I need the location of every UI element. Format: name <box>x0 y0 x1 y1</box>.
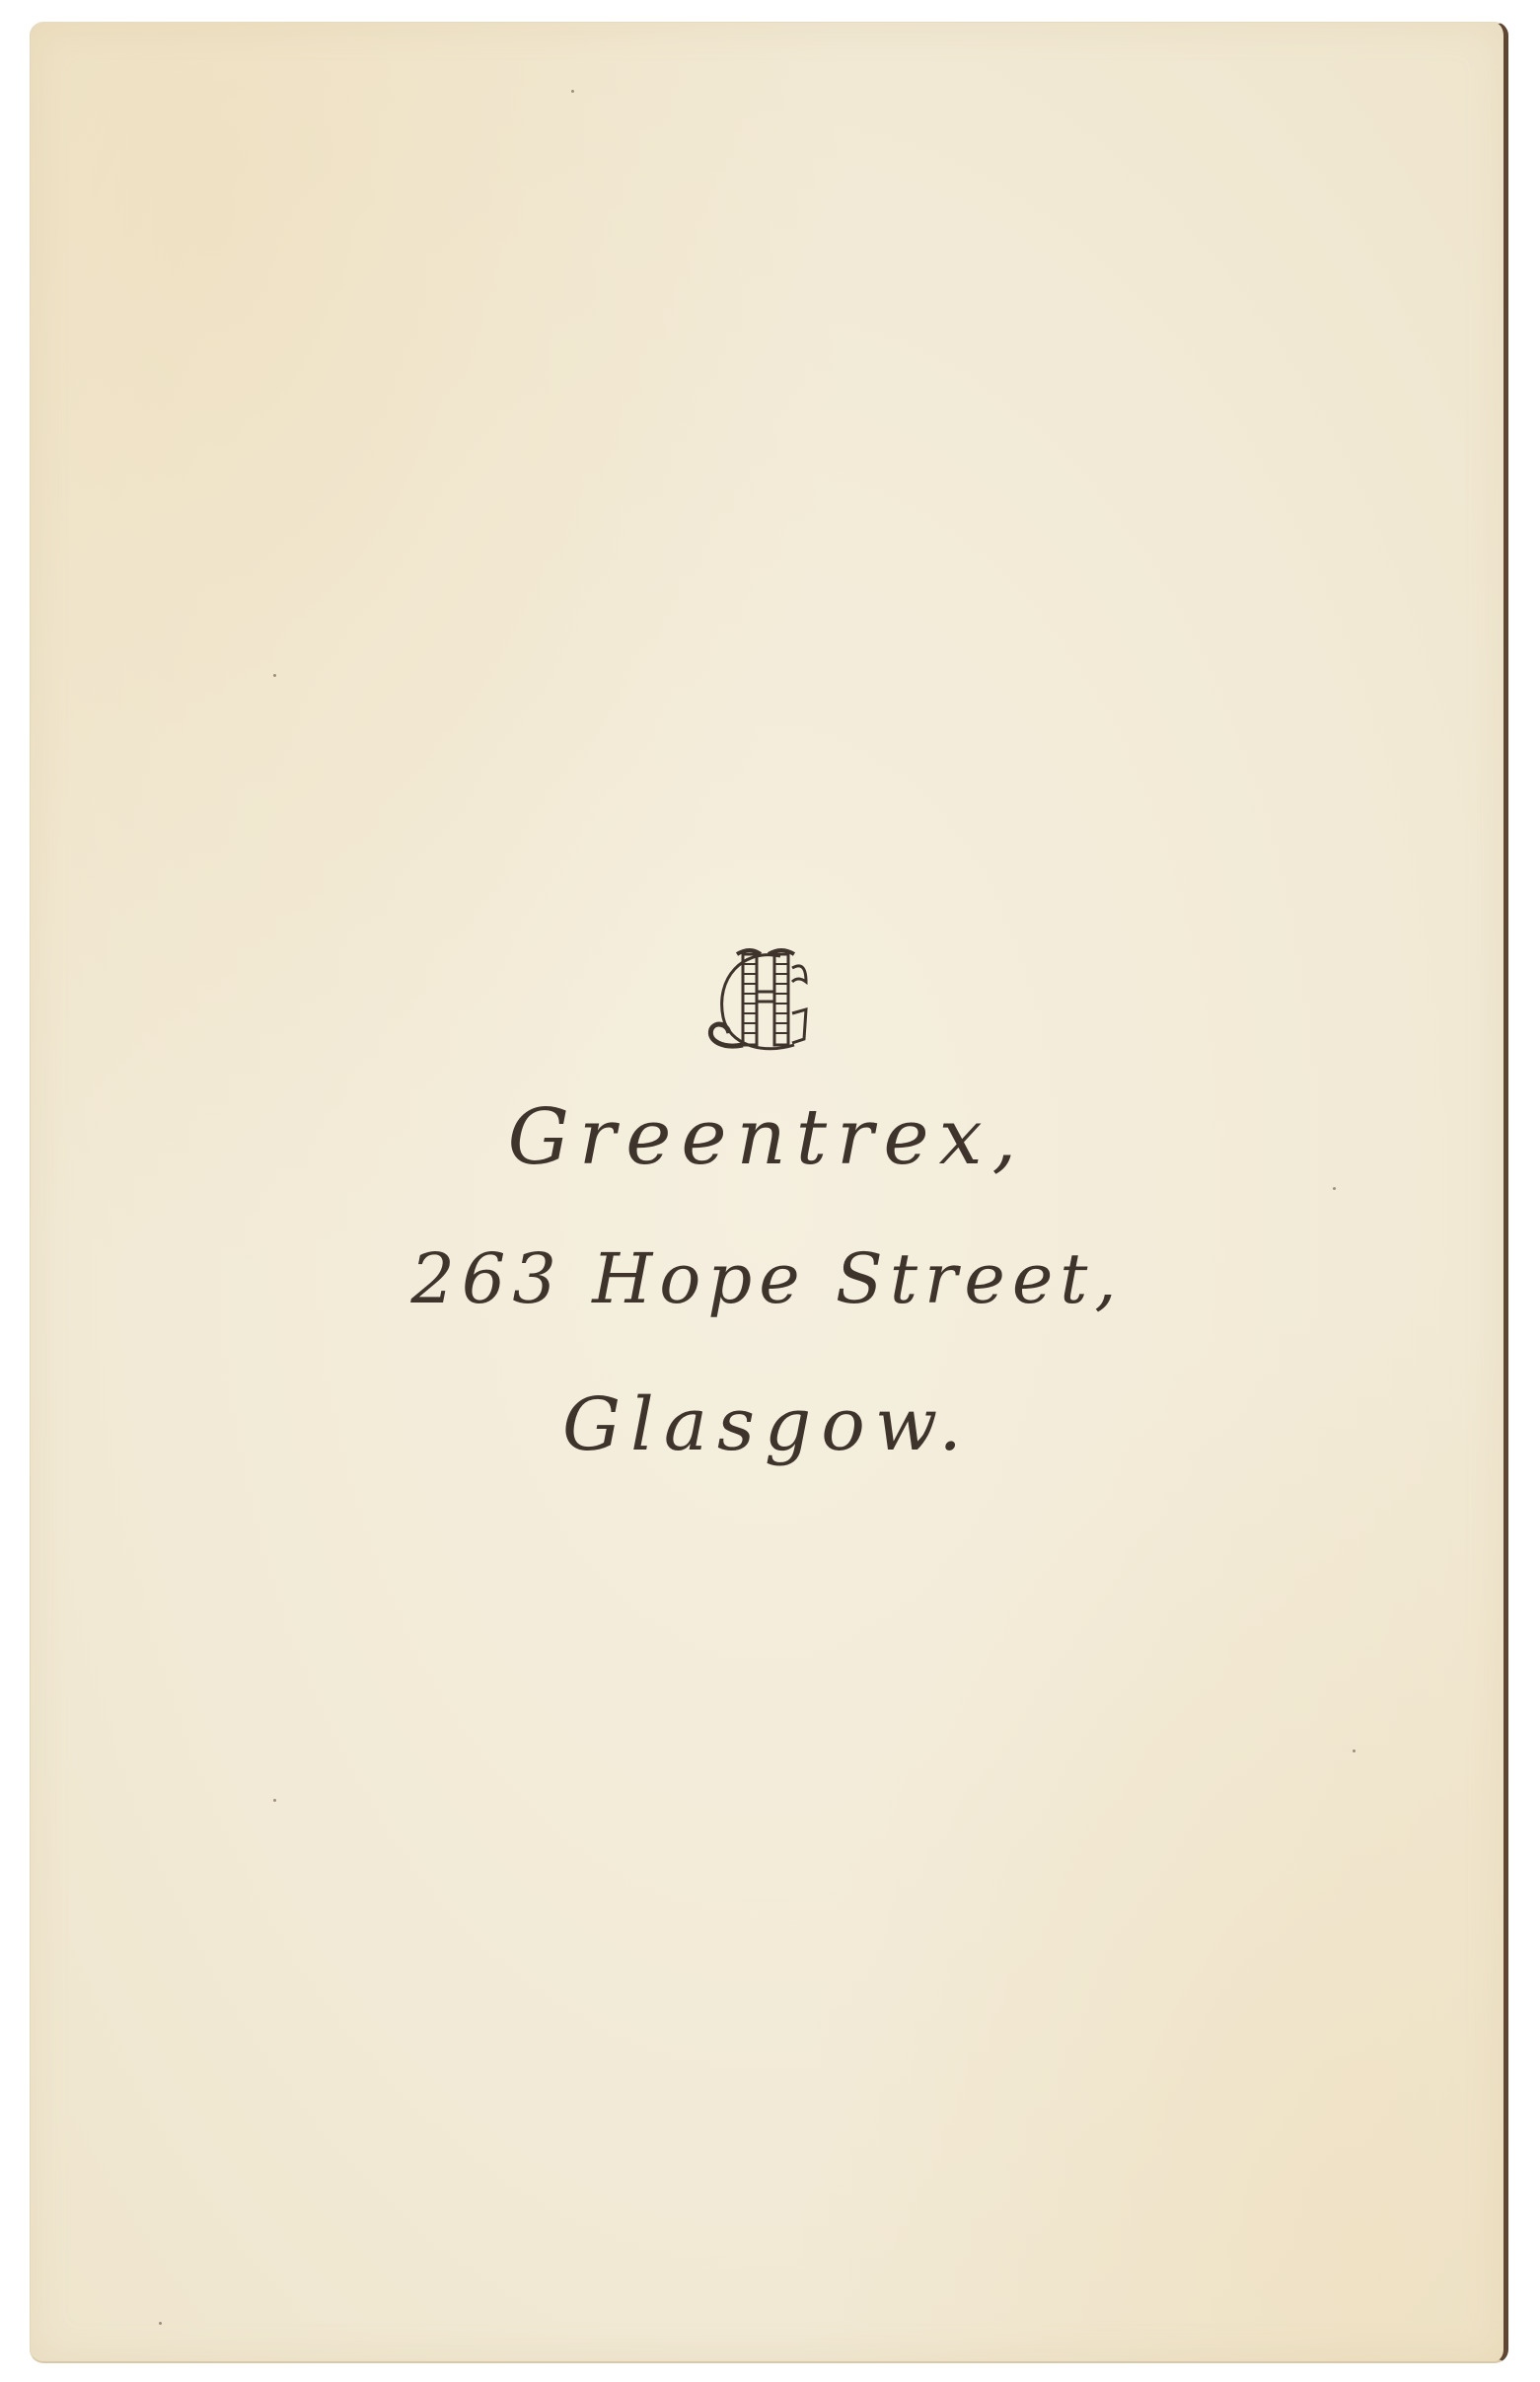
paper-speck <box>1333 1187 1336 1190</box>
studio-city: Glasgow. <box>31 1382 1503 1467</box>
photograph-card-back: Greentrex, 263 Hope Street, Glasgow. <box>30 22 1508 2363</box>
studio-address: 263 Hope Street, <box>31 1238 1503 1319</box>
photographer-monogram <box>31 938 1503 1077</box>
paper-speck <box>571 90 574 93</box>
paper-speck <box>159 2322 162 2325</box>
paper-speck <box>273 1799 276 1802</box>
photographer-name: Greentrex, <box>31 1093 1503 1182</box>
paper-speck <box>273 674 276 677</box>
monogram-icon <box>703 938 832 1067</box>
paper-speck <box>1353 1749 1356 1752</box>
